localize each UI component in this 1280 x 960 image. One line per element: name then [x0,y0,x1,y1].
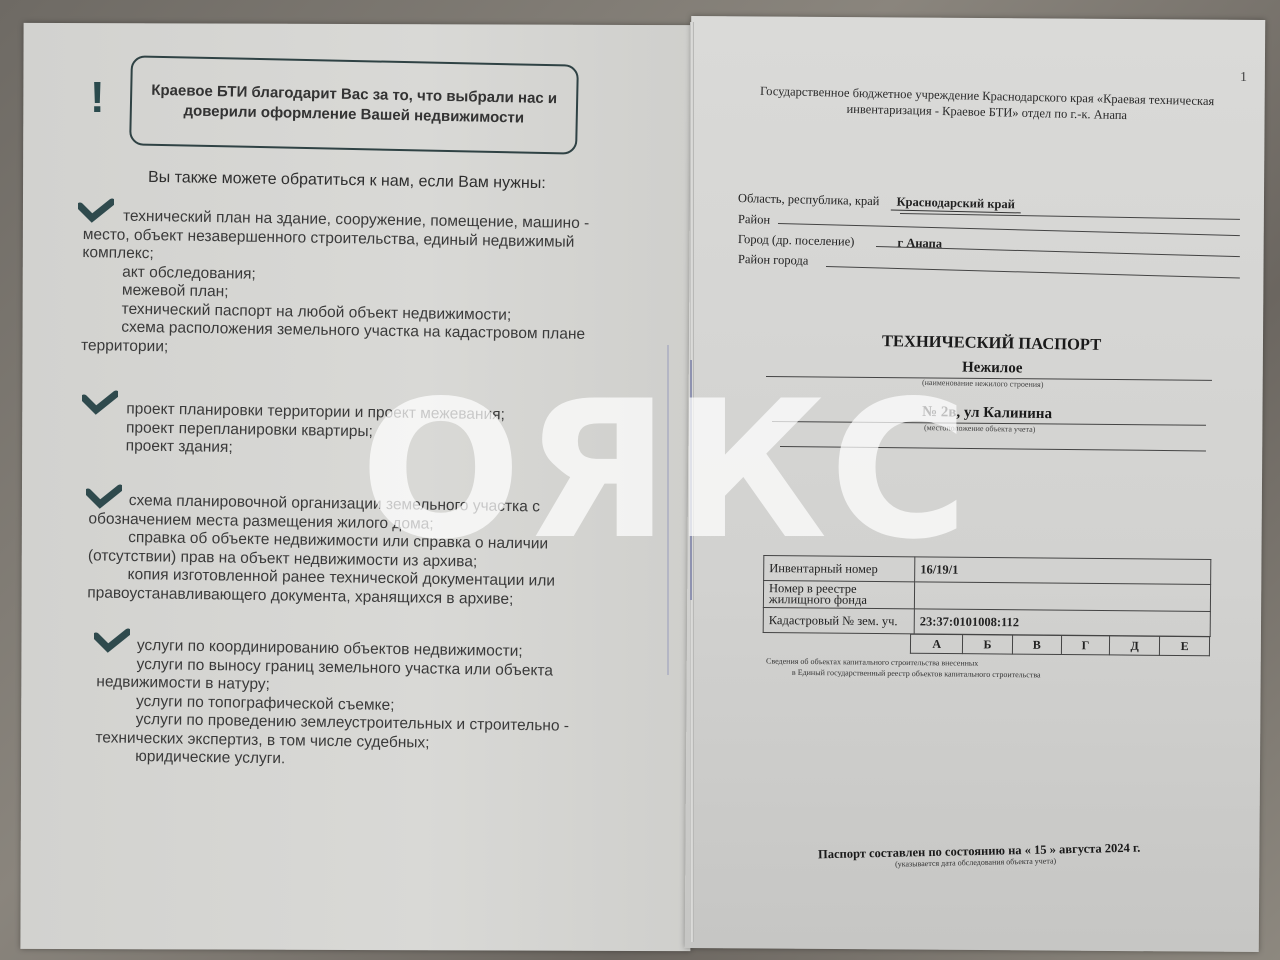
table-row: Номер в реестре жилищного фонда [763,581,1210,612]
table-row: А Б В Г Д Е [910,634,1209,656]
table-label: Кадастровый № зем. уч. [763,608,914,634]
letter-cell: А [910,634,963,653]
field-value: Краснодарский край [890,194,1021,213]
field-label: Город (др. поселение) [738,232,855,250]
letters-table: А Б В Г Д Е [910,634,1210,657]
field-label: Район города [738,252,809,269]
letter-cell: Г [1061,636,1109,655]
page-number: 1 [1240,70,1247,86]
watermark-logo: ОЯКС [360,396,971,546]
letter-cell: В [1012,635,1062,654]
table-value: 23:37:0101008:112 [914,609,1210,637]
building-name: Нежилое [962,359,1023,377]
services-group-1: технический план на здание, сооружение, … [81,207,590,363]
field-label: Область, республика, край [738,191,880,209]
field-district: Район [738,212,770,228]
exclamation-icon: ! [90,80,106,120]
table-label: Номер в реестре жилищного фонда [763,581,914,609]
document-title: ТЕХНИЧЕСКИЙ ПАСПОРТ [882,331,1102,355]
letter-cell: Е [1160,636,1210,655]
services-group-4: услуги по координированию объектов недви… [95,636,570,773]
table-row: Кадастровый № зем. уч. 23:37:0101008:112 [763,608,1210,637]
table-caption: Сведения об объектах капитального строит… [766,656,1041,681]
notice-box: Краевое БТИ благодарит Вас за то, что вы… [129,55,579,154]
field-value: г Анапа [897,236,942,252]
table-value [914,582,1210,612]
letter-cell: Д [1109,636,1160,655]
field-city-district: Район города [738,252,809,269]
letter-cell: Б [963,635,1012,654]
field-label: Район [738,212,770,228]
